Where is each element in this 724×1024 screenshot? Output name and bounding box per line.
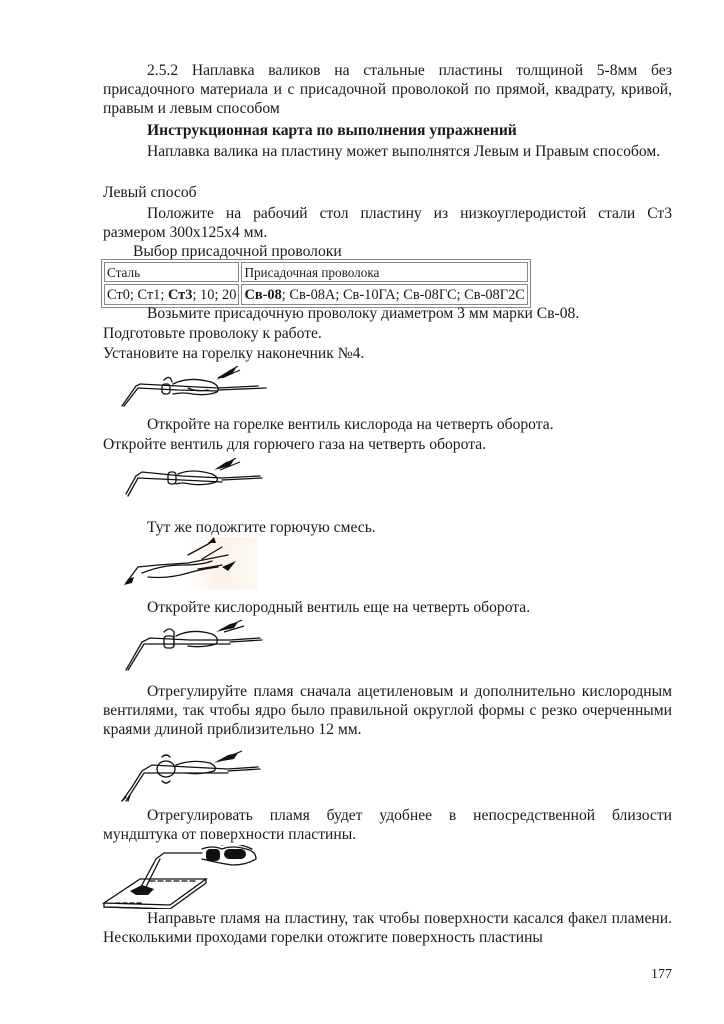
cell-wire: Св-08; Св-08А; Св-10ГА; Св-08ГС; Св-08Г2… xyxy=(241,284,527,305)
welding-torch-icon xyxy=(120,618,265,672)
step-tip: Установите на горелку наконечник №4. xyxy=(103,344,672,363)
welding-torch-icon xyxy=(118,366,278,410)
welding-torch-plate-icon xyxy=(102,845,272,909)
welding-torch-icon xyxy=(122,458,267,498)
step-gas: Откройте вентиль для горючего газа на че… xyxy=(103,435,672,454)
table-row: Ст0; Ст1; Ст3; 10; 20 Св-08; Св-08А; Св-… xyxy=(104,284,528,305)
wire-part: ; Св-08А; Св-10ГА; Св-08ГС; Св-08Г2С xyxy=(282,287,525,303)
section-heading: 2.5.2 Наплавка валиков на стальные пласт… xyxy=(103,61,672,118)
step-ignite: Тут же подожгите горючую смесь. xyxy=(103,518,672,537)
intro-paragraph: Наплавка валика на пластину может выполн… xyxy=(103,142,672,161)
table-header-row: Сталь Присадочная проволока xyxy=(104,262,528,282)
step-oxygen: Откройте на горелке вентиль кислорода на… xyxy=(103,415,672,434)
step-adjust: Отрегулируйте пламя сначала ацетиленовым… xyxy=(103,682,672,739)
wire-part-bold: Св-08 xyxy=(244,287,281,303)
header-wire: Присадочная проволока xyxy=(241,262,527,282)
cell-steel: Ст0; Ст1; Ст3; 10; 20 xyxy=(104,284,239,305)
steel-part: ; 10; 20 xyxy=(192,287,236,303)
step-prepare: Подготовьте проволоку к работе. xyxy=(103,324,672,343)
step-adjust-near: Отрегулировать пламя будет удобнее в неп… xyxy=(103,806,672,844)
page-number: 177 xyxy=(651,965,672,984)
step-take-wire: Возьмите присадочную проволоку диаметром… xyxy=(103,304,672,323)
steel-part-bold: Ст3 xyxy=(168,287,192,303)
wire-selection-table: Сталь Присадочная проволока Ст0; Ст1; Ст… xyxy=(101,259,531,308)
step-oxygen-more: Откройте кислородный вентиль еще на четв… xyxy=(103,598,672,617)
torch-hand-illustration-tip xyxy=(118,366,278,410)
steel-part: Ст0; Ст1; xyxy=(107,287,168,303)
step-plate: Положите на рабочий стол пластину из низ… xyxy=(103,204,672,242)
torch-adjust-illustration xyxy=(118,747,268,803)
method-label: Левый способ xyxy=(103,183,672,202)
torch-oxygen-illustration xyxy=(120,618,265,672)
torch-plate-illustration xyxy=(102,845,272,909)
step-direct: Направьте пламя на пластину, так чтобы п… xyxy=(103,909,672,947)
card-title: Инструкционная карта по выполнения упраж… xyxy=(147,121,672,140)
welding-torch-icon xyxy=(118,747,268,803)
torch-hand-illustration-gas xyxy=(122,458,267,498)
header-steel: Сталь xyxy=(104,262,239,282)
torch-ignite-illustration xyxy=(118,537,258,589)
welding-torch-icon xyxy=(118,537,258,589)
document-page: 2.5.2 Наплавка валиков на стальные пласт… xyxy=(0,0,724,1024)
